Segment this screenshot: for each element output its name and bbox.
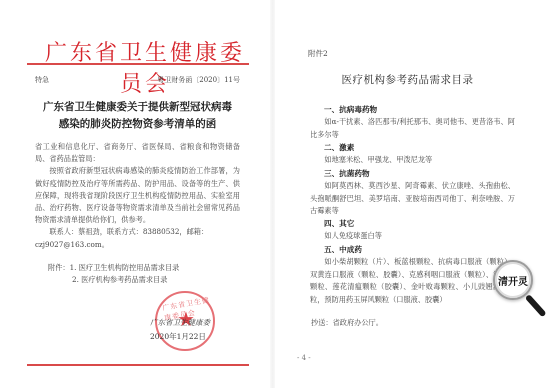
section-antiviral: 一、抗病毒药物 如α-干扰素、洛匹那韦/利托那韦、奥司他韦、更昔洛韦、阿比多尔等: [310, 104, 515, 141]
signature-block: 广东省卫生健康委 2020年1月22日: [150, 316, 210, 344]
urgency-label: 特急: [35, 75, 49, 85]
section-heading: 五、中成药: [310, 244, 515, 256]
red-footer-rule: [27, 364, 249, 366]
letter-title-line1: 广东省卫生健康委关于提供新型冠状病毒: [25, 99, 250, 116]
magnifying-glass-icon: 清开灵: [493, 260, 533, 300]
magnified-text: 清开灵: [498, 273, 528, 288]
contact-line: 联系人：蔡祖劲，联系方式：83880532，邮箱：: [35, 226, 240, 238]
section-heading: 三、抗菌药物: [310, 168, 515, 180]
drug-list-title: 医疗机构参考药品需求目录: [275, 72, 540, 87]
header-org-title: 广东省卫生健康委员会: [40, 36, 250, 98]
page-number: - 4 -: [297, 354, 311, 362]
attachment-label: 附件2: [308, 48, 328, 59]
section-other: 四、其它 如人免疫球蛋白等: [310, 218, 515, 243]
section-heading: 四、其它: [310, 218, 515, 230]
letter-body: 省工业和信息化厅、省商务厅、省医保局、省粮食和物资储备局、省药品监管局： 按照省…: [35, 141, 240, 251]
document-number: 粤卫财务函〔2020〕11号: [157, 75, 240, 85]
attachment-item: 1. 医疗卫生机构防控用品需求目录: [70, 263, 180, 272]
section-content: 如小柴胡颗粒（片）、板蓝根颗粒、抗病毒口服液（颗粒）、双黄连口服液（颗粒、胶囊）…: [310, 256, 515, 306]
signature-org: 广东省卫生健康委: [150, 316, 210, 330]
section-content: 如α-干扰素、洛匹那韦/利托那韦、奥司他韦、更昔洛韦、阿比多尔等: [310, 116, 515, 141]
section-antibacterial: 三、抗菌药物 如阿莫西林、莫西沙星、阿奇霉素、伏立康唑、头孢曲松、头孢哌酮舒巴坦…: [310, 168, 515, 218]
red-header-rule: [27, 63, 249, 65]
section-content: 如地塞米松、甲强龙、甲泼尼龙等: [310, 154, 515, 166]
section-hormones: 二、激素 如地塞米松、甲强龙、甲泼尼龙等: [310, 142, 515, 167]
recipients: 省工业和信息化厅、省商务厅、省医保局、省粮食和物资储备局、省药品监管局：: [35, 141, 240, 165]
letter-title: 广东省卫生健康委关于提供新型冠状病毒 感染的肺炎防控物资参考清单的函: [25, 99, 250, 133]
contact-email: czj9027@163.com。: [35, 239, 240, 251]
section-content: 如人免疫球蛋白等: [310, 230, 515, 242]
attachments-label: 附件：: [48, 263, 70, 272]
letter-title-line2: 感染的肺炎防控物资参考清单的函: [25, 116, 250, 133]
attachments-list: 附件：1. 医疗卫生机构防控用品需求目录 2. 医疗机构参考药品需求目录: [48, 262, 179, 286]
left-page-letter: 广东省卫生健康委员会 特急 粤卫财务函〔2020〕11号 广东省卫生健康委关于提…: [0, 0, 270, 388]
signature-date: 2020年1月22日: [150, 330, 210, 344]
attachment-item: 2. 医疗机构参考药品需求目录: [72, 275, 167, 284]
right-page-drug-list: 附件2 医疗机构参考药品需求目录 一、抗病毒药物 如α-干扰素、洛匹那韦/利托那…: [275, 0, 550, 388]
body-paragraph: 按照省政府新型冠状病毒感染的肺炎疫情防治工作部署，为做好疫情防控及治疗等所需药品…: [35, 165, 240, 226]
cc-line: 抄送：省政府办公厅。: [311, 318, 383, 328]
section-heading: 二、激素: [310, 142, 515, 154]
section-heading: 一、抗病毒药物: [310, 104, 515, 116]
section-chinese-patent-medicine: 五、中成药 如小柴胡颗粒（片）、板蓝根颗粒、抗病毒口服液（颗粒）、双黄连口服液（…: [310, 244, 515, 306]
section-content: 如阿莫西林、莫西沙星、阿奇霉素、伏立康唑、头孢曲松、头孢哌酮舒巴坦、美罗培南、亚…: [310, 180, 515, 217]
